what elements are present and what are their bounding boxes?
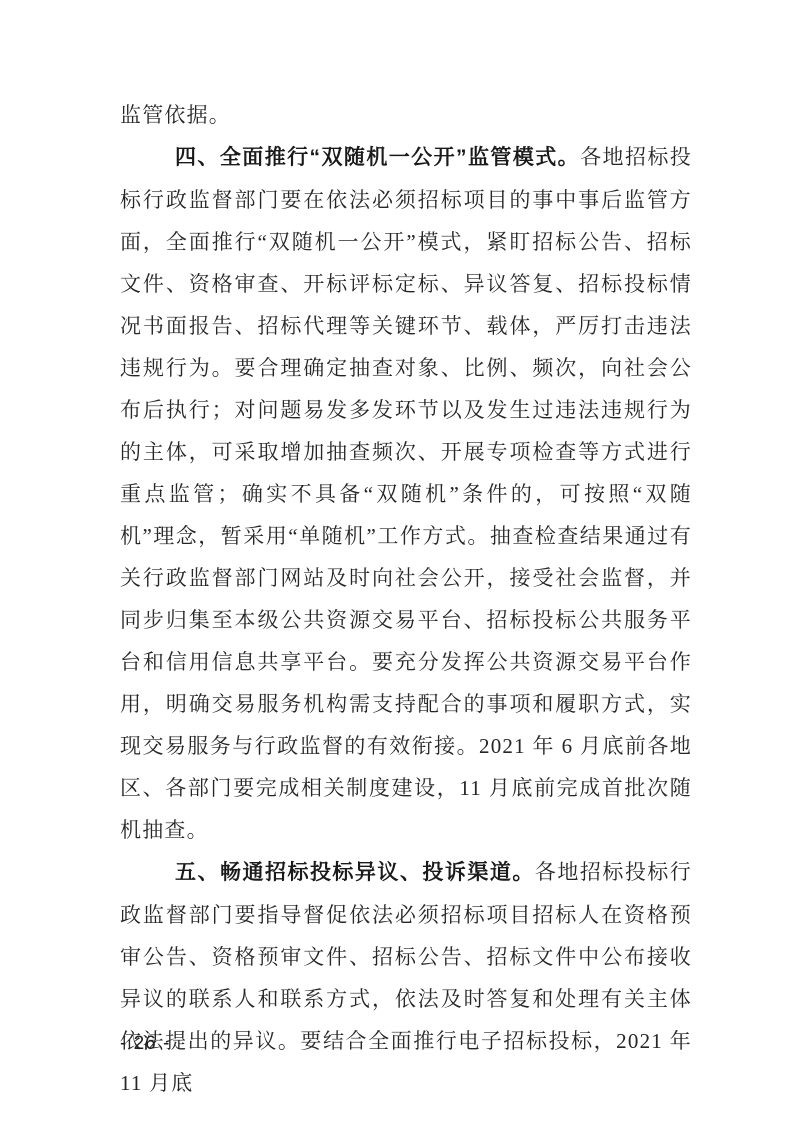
section-5-paragraph: 五、畅通招标投标异议、投诉渠道。各地招标投标行政监督部门要指导督促依法必须招标项… — [120, 851, 692, 1104]
section-5-text: 各地招标投标行政监督部门要指导督促依法必须招标项目招标人在资格预审公告、资格预审… — [120, 860, 692, 1095]
section-4-heading: 四、全面推行“双随机一公开”监管模式。 — [175, 146, 580, 169]
section-4-paragraph: 四、全面推行“双随机一公开”监管模式。各地招标投标行政监督部门要在依法必须招标项… — [120, 136, 692, 851]
section-5-heading: 五、畅通招标投标异议、投诉渠道。 — [175, 861, 535, 884]
section-4-text: 各地招标投标行政监督部门要在依法必须招标项目的事中事后监管方面，全面推行“双随机… — [120, 145, 692, 842]
page-number: - 26 - — [120, 1033, 170, 1055]
document-body: 监管依据。 四、全面推行“双随机一公开”监管模式。各地招标投标行政监督部门要在依… — [120, 94, 692, 1104]
paragraph-continuation: 监管依据。 — [120, 94, 692, 136]
document-page: 监管依据。 四、全面推行“双随机一公开”监管模式。各地招标投标行政监督部门要在依… — [0, 0, 800, 1131]
paragraph-continuation-text: 监管依据。 — [120, 103, 231, 127]
